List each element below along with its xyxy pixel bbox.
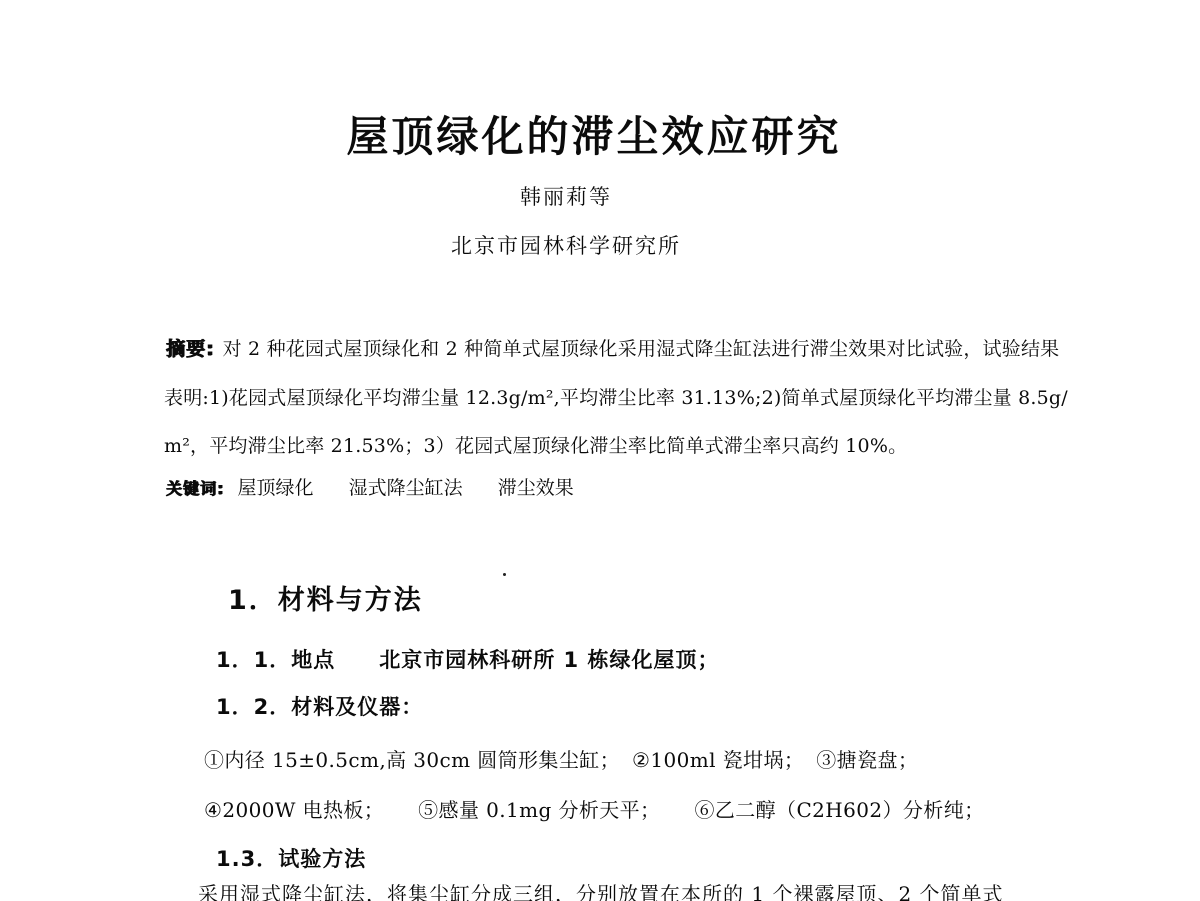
material-item-3: ③搪瓷盘； (816, 748, 918, 772)
section-1-1-number: 1．1．地点 (216, 648, 335, 672)
abstract-line-2: 表明:1)花园式屋顶绿化平均滞尘量 12.3g/m²,平均滞尘比率 31.13%… (164, 383, 1068, 410)
paper-page: 屋顶绿化的滞尘效应研究 韩丽莉等 北京市园林科学研究所 摘要:对 2 种花园式屋… (0, 0, 1200, 901)
section-1-heading: 1．材料与方法 (228, 578, 423, 617)
abstract-line-1: 摘要:对 2 种花园式屋顶绿化和 2 种简单式屋顶绿化采用湿式降尘缸法进行滞尘效… (166, 334, 1059, 361)
method-paragraph-clipped: 采用湿式降尘缸法，将集尘缸分成三组，分别放置在本所的 1 个裸露屋顶、2 个简单… (198, 878, 1004, 901)
material-item-4: ④2000W 电热板； (204, 798, 384, 822)
section-1-3-heading: 1.3．试验方法 (216, 843, 366, 873)
keyword-item: 滞尘效果 (498, 477, 574, 499)
abstract-line-3: m²，平均滞尘比率 21.53%；3）花园式屋顶绿化滞尘率比简单式滞尘率只高约 … (164, 431, 907, 458)
material-item-6: ⑥乙二醇（C2H602）分析纯； (694, 798, 984, 822)
keyword-item: 湿式降尘缸法 (349, 477, 463, 499)
abstract-text-1: 对 2 种花园式屋顶绿化和 2 种简单式屋顶绿化采用湿式降尘缸法进行滞尘效果对比… (223, 338, 1060, 360)
keyword-item: 屋顶绿化 (238, 477, 314, 499)
paper-title: 屋顶绿化的滞尘效应研究 (0, 104, 1194, 164)
paper-affiliation: 北京市园林科学研究所 (0, 230, 1166, 260)
abstract-text-3: m²，平均滞尘比率 21.53%；3）花园式屋顶绿化滞尘率比简单式滞尘率只高约 … (164, 435, 907, 457)
material-item-2: ②100ml 瓷坩埚； (632, 748, 804, 772)
abstract-label: 摘要: (166, 338, 215, 360)
material-item-5: ⑤感量 0.1mg 分析天平； (418, 798, 660, 822)
section-1-2-heading: 1．2．材料及仪器： (216, 691, 423, 721)
materials-row-2: ④2000W 电热板；⑤感量 0.1mg 分析天平；⑥乙二醇（C2H602）分析… (204, 794, 985, 823)
material-item-1: ①内径 15±0.5cm,高 30cm 圆筒形集尘缸； (204, 748, 620, 772)
abstract-text-2: 表明:1)花园式屋顶绿化平均滞尘量 12.3g/m²,平均滞尘比率 31.13%… (164, 387, 1068, 409)
paper-author: 韩丽莉等 (0, 181, 1166, 211)
keywords-row: 关键词: 屋顶绿化 湿式降尘缸法 滞尘效果 (166, 473, 604, 500)
scan-ink-speck (503, 573, 506, 576)
materials-row-1: ①内径 15±0.5cm,高 30cm 圆筒形集尘缸；②100ml 瓷坩埚；③搪… (204, 744, 918, 773)
keywords-label: 关键词: (166, 479, 224, 498)
section-1-1-text: 北京市园林科研所 1 栋绿化屋顶； (379, 648, 719, 672)
section-1-1-row: 1．1．地点北京市园林科研所 1 栋绿化屋顶； (216, 644, 719, 674)
